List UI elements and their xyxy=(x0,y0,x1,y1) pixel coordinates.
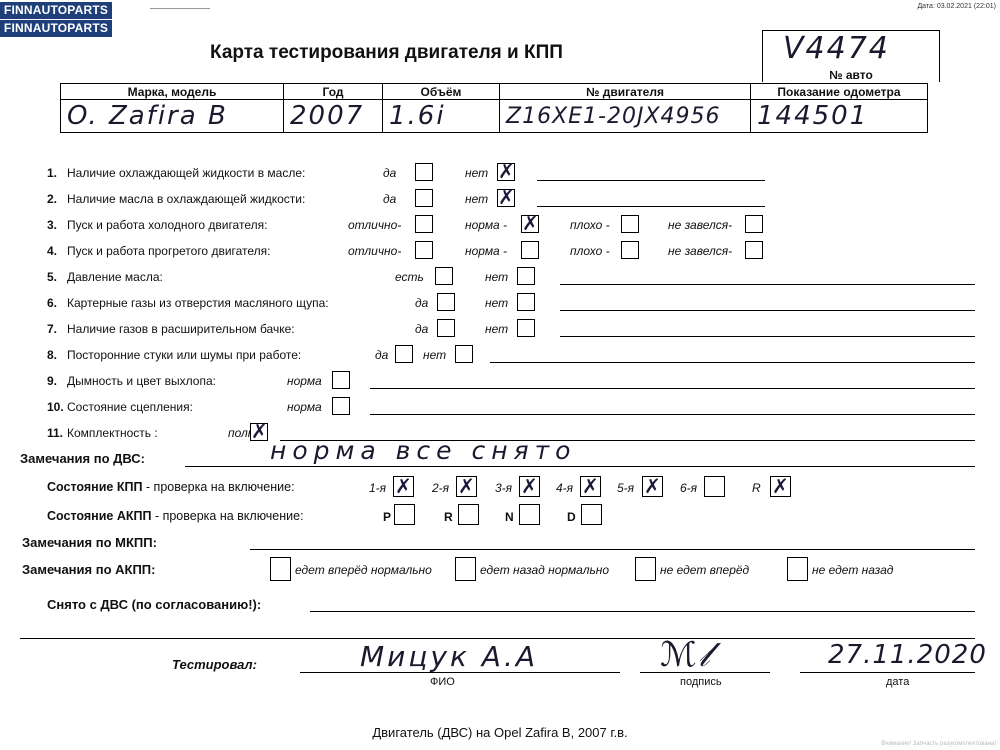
brand-logo-top: FINNAUTOPARTS xyxy=(0,2,112,19)
item-number: 7. xyxy=(47,322,67,336)
check-mark-icon: ✗ xyxy=(521,477,538,495)
item-number: 8. xyxy=(47,348,67,362)
checklist-item-5: 5.Давление масла: xyxy=(47,270,163,284)
checklist-item-10: 10.Состояние сцепления: xyxy=(47,400,193,414)
signature-line xyxy=(640,672,770,673)
akpp-mode-label: D xyxy=(567,510,576,524)
item-number: 3. xyxy=(47,218,67,232)
item-label: Наличие охлаждающей жидкости в масле: xyxy=(67,166,305,180)
checkbox-6-2[interactable] xyxy=(517,293,535,311)
option-label: нет xyxy=(485,270,508,284)
akpp-remark-label: не едет вперёд xyxy=(660,563,749,577)
akpp-remark-label: едет назад нормально xyxy=(480,563,609,577)
checklist-item-6: 6.Картерные газы из отверстия масляного … xyxy=(47,296,329,310)
checkbox-3-4[interactable] xyxy=(745,215,763,233)
watermark: Внимание! Запчасть разукомплектована! xyxy=(881,741,996,747)
col-engine-no: № двигателя xyxy=(500,84,751,100)
gear-label: 6-я xyxy=(680,481,697,495)
vehicle-no-value: V4474 xyxy=(783,31,890,66)
checklist-item-3: 3.Пуск и работа холодного двигателя: xyxy=(47,218,267,232)
gear-label: 2-я xyxy=(432,481,449,495)
check-mark-icon: ✗ xyxy=(522,214,539,232)
gear-label: R xyxy=(752,481,761,495)
checkbox-4-1[interactable] xyxy=(415,241,433,259)
check-mark-icon: ✗ xyxy=(498,188,515,206)
option-label: норма xyxy=(287,400,322,414)
checkbox-2-1[interactable] xyxy=(415,189,433,207)
item-remarks-line[interactable] xyxy=(490,362,975,363)
check-mark-icon: ✗ xyxy=(498,162,515,180)
akpp-remark-checkbox-1[interactable] xyxy=(270,557,291,581)
checkbox-8-1[interactable] xyxy=(395,345,413,363)
checklist-item-1: 1.Наличие охлаждающей жидкости в масле: xyxy=(47,166,305,180)
checkbox-4-4[interactable] xyxy=(745,241,763,259)
volume-value: 1.6i xyxy=(383,100,500,133)
engine-no-value: Z16XE1-20JX4956 xyxy=(500,100,751,133)
checklist-item-8: 8.Посторонние стуки или шумы при работе: xyxy=(47,348,301,362)
option-label: норма xyxy=(287,374,322,388)
item-remarks-line[interactable] xyxy=(560,336,975,337)
checkbox-6-1[interactable] xyxy=(437,293,455,311)
option-label: норма - xyxy=(465,244,507,258)
option-label: нет xyxy=(423,348,446,362)
option-label: да xyxy=(375,348,388,362)
option-label: да xyxy=(415,296,428,310)
signature-mark[interactable]: ℳ𝓁 xyxy=(660,635,712,675)
akpp-mode-label: N xyxy=(505,510,514,524)
option-label: норма - xyxy=(465,218,507,232)
option-label: не завелся- xyxy=(668,244,732,258)
checkbox-5-2[interactable] xyxy=(517,267,535,285)
image-caption: Двигатель (ДВС) на Opel Zafira B, 2007 г… xyxy=(0,725,1000,740)
akpp-mode-label: P xyxy=(383,510,391,524)
col-volume: Объём xyxy=(383,84,500,100)
checklist-item-7: 7.Наличие газов в расширительном бачке: xyxy=(47,322,295,336)
engine-remarks-value[interactable]: норма все снято xyxy=(270,436,576,465)
fio-value[interactable]: Мицук А.А xyxy=(360,640,538,673)
checkbox-1-1[interactable] xyxy=(415,163,433,181)
removed-label: Снято с ДВС (по согласованию!): xyxy=(47,597,261,612)
option-label: отлично- xyxy=(348,244,401,258)
kpp-row-label: Состояние КПП - проверка на включение: xyxy=(47,480,295,494)
gear-label: 3-я xyxy=(495,481,512,495)
akpp-mode-label: R xyxy=(444,510,453,524)
brand-logo-bottom: FINNAUTOPARTS xyxy=(0,20,112,37)
akpp-remark-label: едет вперёд нормально xyxy=(295,563,432,577)
item-number: 5. xyxy=(47,270,67,284)
decor-line xyxy=(150,8,210,9)
item-remarks-line[interactable] xyxy=(560,310,975,311)
akpp-remark-checkbox-4[interactable] xyxy=(787,557,808,581)
option-label: нет xyxy=(485,296,508,310)
item-label: Картерные газы из отверстия масляного щу… xyxy=(67,296,329,310)
engine-remarks-label: Замечания по ДВС: xyxy=(20,451,145,466)
checkbox-8-2[interactable] xyxy=(455,345,473,363)
col-year: Год xyxy=(284,84,383,100)
checkbox-10-1[interactable] xyxy=(332,397,350,415)
akpp-checkbox-D[interactable] xyxy=(581,504,602,525)
item-number: 6. xyxy=(47,296,67,310)
mkpp-remarks-label: Замечания по МКПП: xyxy=(22,535,157,550)
item-remarks-line[interactable] xyxy=(370,414,975,415)
item-label: Состояние сцепления: xyxy=(67,400,193,414)
checkbox-3-3[interactable] xyxy=(621,215,639,233)
checkbox-7-1[interactable] xyxy=(437,319,455,337)
option-label: плохо - xyxy=(570,244,610,258)
option-label: да xyxy=(383,166,396,180)
date-label: дата xyxy=(886,676,909,688)
divider-line xyxy=(20,638,975,639)
vehicle-header-table: Марка, модель Год Объём № двигателя Пока… xyxy=(60,83,928,133)
akpp-row-label: Состояние АКПП - проверка на включение: xyxy=(47,509,304,523)
option-label: отлично- xyxy=(348,218,401,232)
vehicle-no-box: V4474 xyxy=(762,30,940,69)
akpp-checkbox-R[interactable] xyxy=(458,504,479,525)
item-remarks-line[interactable] xyxy=(370,388,975,389)
date-line xyxy=(800,672,975,673)
item-label: Пуск и работа прогретого двигателя: xyxy=(67,244,271,258)
check-mark-icon: ✗ xyxy=(458,477,475,495)
akpp-remark-label: не едет назад xyxy=(812,563,893,577)
check-mark-icon: ✗ xyxy=(395,477,412,495)
akpp-checkbox-P[interactable] xyxy=(394,504,415,525)
form-title: Карта тестирования двигателя и КПП xyxy=(210,42,563,64)
item-number: 4. xyxy=(47,244,67,258)
item-number: 2. xyxy=(47,192,67,206)
option-label: нет xyxy=(485,322,508,336)
item-number: 1. xyxy=(47,166,67,180)
gear-checkbox-6-я[interactable] xyxy=(704,476,725,497)
fio-label: ФИО xyxy=(430,676,455,688)
akpp-remark-checkbox-3[interactable] xyxy=(635,557,656,581)
item-label: Наличие масла в охлаждающей жидкости: xyxy=(67,192,305,206)
checklist-item-4: 4.Пуск и работа прогретого двигателя: xyxy=(47,244,271,258)
checkbox-7-2[interactable] xyxy=(517,319,535,337)
option-label: да xyxy=(383,192,396,206)
item-remarks-line[interactable] xyxy=(560,284,975,285)
item-label: Пуск и работа холодного двигателя: xyxy=(67,218,267,232)
gear-label: 4-я xyxy=(556,481,573,495)
col-make-model: Марка, модель xyxy=(61,84,284,100)
item-number: 10. xyxy=(47,400,67,414)
option-label: не завелся- xyxy=(668,218,732,232)
year-value: 2007 xyxy=(284,100,383,133)
date-value[interactable]: 27.11.2020 xyxy=(828,640,987,670)
date-stamp: Дата: 03.02.2021 (22:01) xyxy=(917,3,996,10)
check-mark-icon: ✗ xyxy=(644,477,661,495)
mkpp-remarks-line[interactable] xyxy=(250,549,975,550)
make-model-value: O. Zafira B xyxy=(61,100,284,133)
checklist-item-11: 11.Комплектность : xyxy=(47,426,158,440)
item-number: 9. xyxy=(47,374,67,388)
checklist-item-2: 2.Наличие масла в охлаждающей жидкости: xyxy=(47,192,305,206)
vehicle-no-label: № авто xyxy=(762,68,940,82)
item-label: Комплектность : xyxy=(67,426,158,440)
checkbox-9-1[interactable] xyxy=(332,371,350,389)
checkbox-3-1[interactable] xyxy=(415,215,433,233)
item-remarks-line[interactable] xyxy=(537,180,765,181)
item-label: Наличие газов в расширительном бачке: xyxy=(67,322,295,336)
akpp-remarks-label: Замечания по АКПП: xyxy=(22,562,155,577)
check-mark-icon: ✗ xyxy=(772,477,789,495)
akpp-checkbox-N[interactable] xyxy=(519,504,540,525)
fio-line xyxy=(300,672,620,673)
checkbox-4-2[interactable] xyxy=(521,241,539,259)
col-odometer: Показание одометра xyxy=(751,84,928,100)
check-mark-icon: ✗ xyxy=(251,422,268,440)
option-label: нет xyxy=(465,166,488,180)
item-label: Давление масла: xyxy=(67,270,163,284)
check-mark-icon: ✗ xyxy=(582,477,599,495)
checkbox-5-1[interactable] xyxy=(435,267,453,285)
gear-label: 1-я xyxy=(369,481,386,495)
removed-line[interactable] xyxy=(310,611,975,612)
option-label: плохо - xyxy=(570,218,610,232)
checkbox-4-3[interactable] xyxy=(621,241,639,259)
signature-label: подпись xyxy=(680,676,722,688)
option-label: есть xyxy=(395,270,424,284)
odometer-value: 144501 xyxy=(751,100,928,133)
item-label: Дымность и цвет выхлопа: xyxy=(67,374,216,388)
gear-label: 5-я xyxy=(617,481,634,495)
item-label: Посторонние стуки или шумы при работе: xyxy=(67,348,301,362)
checklist-item-9: 9.Дымность и цвет выхлопа: xyxy=(47,374,216,388)
option-label: да xyxy=(415,322,428,336)
tested-label: Тестировал: xyxy=(172,657,257,672)
option-label: нет xyxy=(465,192,488,206)
item-remarks-line[interactable] xyxy=(537,206,765,207)
engine-remarks-line xyxy=(185,466,975,467)
akpp-remark-checkbox-2[interactable] xyxy=(455,557,476,581)
item-number: 11. xyxy=(47,426,67,440)
